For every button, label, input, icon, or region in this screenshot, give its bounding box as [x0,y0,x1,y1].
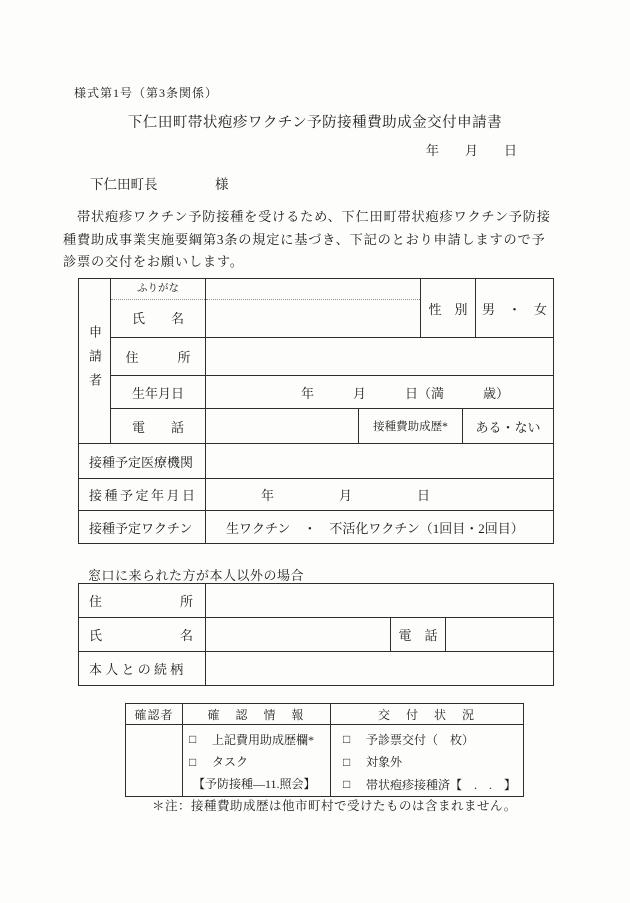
footnote: ＊注：接種費助成歴は他市町村で受けたものは含まれません。 [152,796,517,814]
proxy-name-field [206,618,391,652]
planned-date-field: 年 月 日 [206,479,554,511]
checklist-item-label: 帯状疱疹接種済【 . . 】 [366,776,516,793]
checkbox-icon: □ [343,733,355,745]
subsidy-history-options-cell: ある・ない [463,409,554,444]
gender-options-cell: 男 ・ 女 [476,279,554,338]
proxy-table: 住 所 氏 名 電 話 本 人 と の 続 柄 [78,583,554,686]
furigana-name-input-cell [206,279,421,338]
addressee-name: 下仁田町長 [90,177,158,192]
reference-note: 【予防接種―11.照会】 [193,773,330,796]
subsidy-history-label-cell: 接種費助成歴* [359,409,463,444]
checklist-item-label: 上記費用助成歴欄* [212,731,314,748]
table-row: 電 話 接種費助成歴* ある・ない [79,409,554,444]
proxy-section-heading: 窓口に来られた方が本人以外の場合 [88,565,304,584]
applicant-group-label: 申請者 [85,325,104,397]
office-use-table: 確認者 確 認 情 報 交 付 状 況 □ 上記費用助成歴欄* □ タスク 【予… [125,703,524,797]
checklist-item-label: 対象外 [366,753,402,770]
phone-field [206,409,359,444]
issue-status-cell: □ 予診票交付（ 枚） □ 対象外 □ 帯状疱疹接種済【 . . 】 [331,725,524,797]
clinic-label-cell: 接種予定医療機関 [79,444,206,479]
checklist-item: □ タスク [189,751,330,774]
issue-status-header-cell: 交 付 状 況 [331,704,524,725]
planned-date-label-cell: 接種予定年月日 [79,479,206,511]
form-number: 様式第1号（第3条関係） [74,84,218,101]
checklist-item: □ 上記費用助成歴欄* [189,728,330,751]
confirmation-info-header-cell: 確 認 情 報 [183,704,331,725]
name-label: 氏 名 [111,300,205,337]
table-row: 本 人 と の 続 柄 [79,652,554,686]
checklist-item-label: タスク [212,753,248,770]
checkbox-icon: □ [189,733,201,745]
intro-line: 帯状疱疹ワクチン予防接種を受けるため、下仁田町帯状疱疹ワクチン予防接 [63,206,575,229]
proxy-phone-label-cell: 電 話 [391,618,446,652]
confirmer-field [126,725,183,797]
table-row: 確認者 確 認 情 報 交 付 状 況 [126,704,524,725]
furigana-label: ふりがな [111,279,205,300]
addressee-row: 下仁田町長 様 [90,173,158,193]
confirmation-info-cell: □ 上記費用助成歴欄* □ タスク 【予防接種―11.照会】 [183,725,331,797]
address-label-cell: 住 所 [111,338,206,376]
gender-label-cell: 性 別 [421,279,476,338]
checklist-item-label: 予診票交付（ 枚） [366,731,474,748]
furigana-name-label-cell: ふりがな 氏 名 [111,279,206,338]
application-form-page: 様式第1号（第3条関係） 下仁田町帯状疱疹ワクチン予防接種費助成金交付申請書 年… [0,0,630,903]
confirmer-header-cell: 確認者 [126,704,183,725]
checklist-item: □ 対象外 [343,751,523,774]
proxy-address-field [206,584,554,618]
proxy-address-label-cell: 住 所 [79,584,206,618]
table-row: 住 所 [79,584,554,618]
proxy-relation-label-cell: 本 人 と の 続 柄 [79,652,206,686]
proxy-phone-field [446,618,554,652]
applicant-group-cell: 申請者 [79,279,111,444]
intro-line: 診票の交付をお願いします。 [63,251,575,274]
table-row: 住 所 [79,338,554,376]
checklist-item: □ 帯状疱疹接種済【 . . 】 [343,773,523,796]
intro-line: 種費助成事業実施要綱第3条の規定に基づき、下記のとおり申請しますので予 [63,229,575,252]
table-row: 接種予定ワクチン 生ワクチン ・ 不活化ワクチン（1回目・2回目） [79,511,554,544]
page-title: 下仁田町帯状疱疹ワクチン予防接種費助成金交付申請書 [0,111,630,132]
phone-label-cell: 電 話 [111,409,206,444]
intro-paragraph: 帯状疱疹ワクチン予防接種を受けるため、下仁田町帯状疱疹ワクチン予防接 種費助成事… [63,206,575,274]
birthdate-field: 年 月 日（満 歳） [206,376,554,409]
vaccine-label-cell: 接種予定ワクチン [79,511,206,544]
table-row: 氏 名 電 話 [79,618,554,652]
address-field [206,338,554,376]
checkbox-icon: □ [189,756,201,768]
proxy-name-label-cell: 氏 名 [79,618,206,652]
furigana-field [206,279,420,300]
applicant-table: 申請者 ふりがな 氏 名 性 別 男 ・ 女 住 所 生年月日 年 月 日（満 … [78,278,554,544]
table-row: 接種予定年月日 年 月 日 [79,479,554,511]
birthdate-label-cell: 生年月日 [111,376,206,409]
table-row: □ 上記費用助成歴欄* □ タスク 【予防接種―11.照会】 □ 予診票交付（ … [126,725,524,797]
clinic-field [206,444,554,479]
name-field [206,300,420,337]
table-row: 接種予定医療機関 [79,444,554,479]
date-line: 年 月 日 [426,140,517,159]
addressee-honorific: 様 [215,173,229,193]
vaccine-options-cell: 生ワクチン ・ 不活化ワクチン（1回目・2回目） [206,511,554,544]
proxy-relation-field [206,652,554,686]
checkbox-icon: □ [343,756,355,768]
checklist-item: □ 予診票交付（ 枚） [343,728,523,751]
table-row: 生年月日 年 月 日（満 歳） [79,376,554,409]
table-row: 申請者 ふりがな 氏 名 性 別 男 ・ 女 [79,279,554,338]
checkbox-icon: □ [343,778,355,790]
